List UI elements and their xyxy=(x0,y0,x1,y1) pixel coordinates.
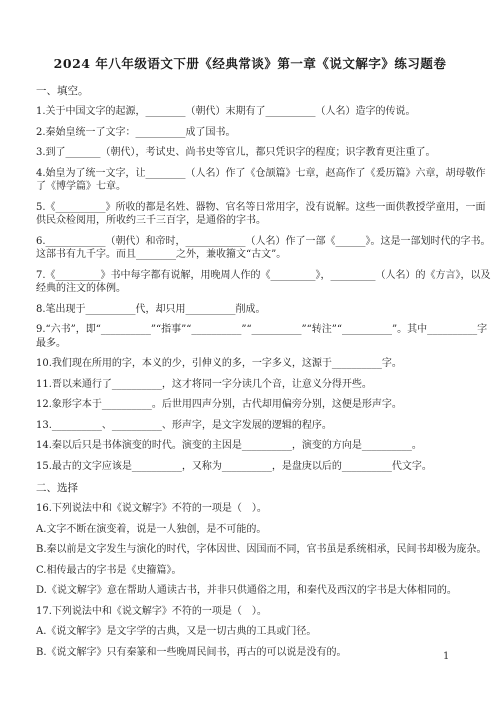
section-heading-choice: 二、选择 xyxy=(36,480,494,495)
fill-question-15: 15.最古的文字应该是__________，又称为__________，是盘庚以… xyxy=(36,460,494,474)
choice-16-option-d: D.《说文解字》意在帮助人通读古书，并非只供通俗之用，和秦代及西汉的字书是大体相… xyxy=(36,584,494,598)
fill-question-7: 7.《_________》书中每字都有说解，用晚周人作的《_________》，… xyxy=(36,269,494,296)
choice-16-option-b: B.秦以前是文字发生与演化的时代，字体因世、因国而不同，官书虽是系统相承，民间书… xyxy=(36,543,494,557)
fill-question-1: 1.关于中国文字的起源，________（朝代）末期有了__________（人… xyxy=(36,105,494,119)
section-heading-fill: 一、填空。 xyxy=(36,83,494,98)
fill-question-13: 13.__________、__________、形声字，是文字发展的逻辑的程序… xyxy=(36,419,494,433)
choice-17-option-a: A.《说文解字》是文字学的古典，又是一切古典的工具或门径。 xyxy=(36,625,494,639)
page-title: 2024 年八年级语文下册《经典常谈》第一章《说文解字》练习题卷 xyxy=(36,54,464,72)
choice-question-16: 16.下列说法中和《说文解字》不符的一项是（ ）。 xyxy=(36,502,494,516)
fill-question-8: 8.笔出现于__________代，却只用__________削成。 xyxy=(36,303,494,317)
fill-question-10: 10.我们现在所用的字，本义的少，引伸义的多，一字多义，这源于_________… xyxy=(36,357,494,371)
fill-question-12: 12.象形字本于__________。后世用四声分别，古代却用偏旁分别，这便是形… xyxy=(36,398,494,412)
fill-question-6: 6.____________（朝代）和帝时，____________（人名）作了… xyxy=(36,235,494,262)
fill-question-14: 14.秦以后只是书体演变的时代。演变的主因是__________，演变的方向是_… xyxy=(36,439,494,453)
document-content: 2024 年八年级语文下册《经典常谈》第一章《说文解字》练习题卷 一、填空。 1… xyxy=(0,0,500,659)
worksheet-page: 2024 年八年级语文下册《经典常谈》第一章《说文解字》练习题卷 一、填空。 1… xyxy=(0,0,500,707)
fill-question-3: 3.到了_______（朝代），考试史、尚书史等官儿，都只凭识字的程度；识字教育… xyxy=(36,146,494,160)
page-number: 1 xyxy=(443,651,449,662)
fill-question-5: 5.《__________》所收的都是名姓、器物、官名等日常用字，没有说解。这些… xyxy=(36,201,494,228)
fill-question-4: 4.始皇为了统一文字，让________（人名）作了《仓颉篇》七章，赵高作了《爰… xyxy=(36,167,494,194)
choice-16-option-c: C.相传最古的字书是《史籀篇》。 xyxy=(36,564,494,578)
choice-17-option-b: B.《说文解字》只有秦篆和一些晚周民间书，再古的可以说是没有的。 xyxy=(36,646,494,660)
fill-question-9: 9.“六书”，即“__________”“指事”“__________”“___… xyxy=(36,323,494,350)
choice-question-17: 17.下列说法中和《说文解字》不符的一项是（ ）。 xyxy=(36,605,494,619)
fill-question-11: 11.晋以来通行了__________，这才将同一字分读几个音，让意义分得开些。 xyxy=(36,378,494,392)
fill-question-2: 2.秦始皇统一了文字：__________成了国书。 xyxy=(36,126,494,140)
choice-16-option-a: A.文字不断在演变着，说是一人独创，是不可能的。 xyxy=(36,523,494,537)
